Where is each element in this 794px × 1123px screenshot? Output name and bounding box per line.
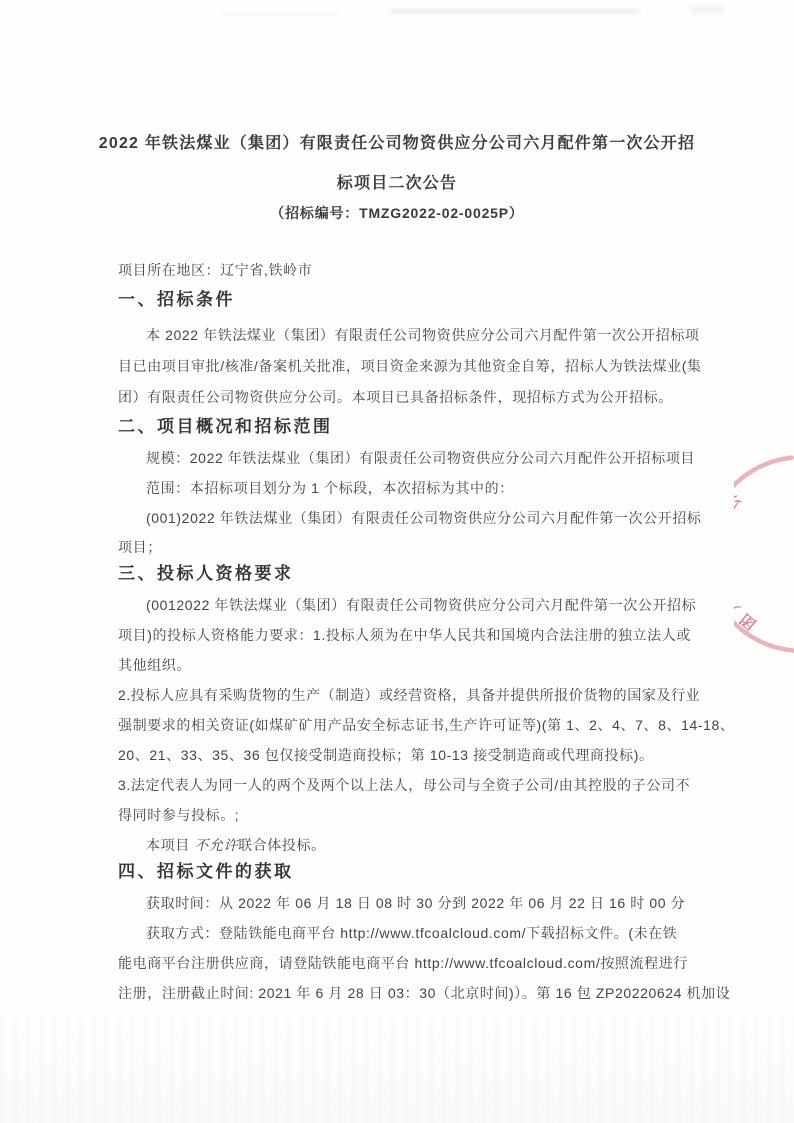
body-line: 3.法定代表人为同一人的两个及两个以上法人，母公司与全资子公司/由其控股的子公司… (118, 775, 690, 795)
body-line: 项目； (118, 537, 690, 557)
body-line: 强制要求的相关资证(如煤矿矿用产品安全标志证书,生产许可证等)(第 1、2、4、… (118, 715, 690, 735)
bid-number: （招标编号：TMZG2022-02-0025P） (60, 203, 734, 223)
body-line: 2.投标人应具有采购货物的生产（制造）或经营资格，具备并提供所报价货物的国家及行… (118, 685, 690, 705)
doc-title-line-1: 2022 年铁法煤业（集团）有限责任公司物资供应分公司六月配件第一次公开招 (60, 130, 734, 153)
section-1-heading: 一、招标条件 (118, 290, 690, 310)
project-location: 项目所在地区：辽宁省,铁岭市 (118, 260, 690, 280)
body-line: 规模：2022 年铁法煤业（集团）有限责任公司物资供应分公司六月配件公开招标项目 (118, 448, 718, 468)
body-line: 获取时间：从 2022 年 06 月 18 日 08 时 30 分到 2022 … (118, 893, 718, 913)
body-line: 获取方式：登陆铁能电商平台 http://www.tfcoalcloud.com… (118, 923, 718, 943)
body-line: 目已由项目审批/核准/备案机关批准，项目资金来源为其他资金自筹，招标人为铁法煤业… (118, 356, 690, 376)
body-line: 其他组织。 (118, 655, 690, 675)
seal-arc-text: 团）有限责任公 (734, 486, 760, 633)
scan-artifact (390, 9, 640, 14)
body-line: 范围：本招标项目划分为 1 个标段，本次招标为其中的： (118, 478, 718, 498)
company-seal-stamp: 团）有限责任公 (734, 430, 794, 678)
body-line: 注册，注册截止时间: 2021 年 6 月 28 日 03：30（北京时间)）。… (118, 983, 690, 1003)
body-line: 本 2022 年铁法煤业（集团）有限责任公司物资供应分公司六月配件第一次公开招标… (118, 325, 718, 345)
scan-artifact (0, 1013, 794, 1123)
section-4-heading: 四、招标文件的获取 (118, 862, 690, 882)
scanned-document-page: 2022 年铁法煤业（集团）有限责任公司物资供应分公司六月配件第一次公开招 标项… (0, 0, 794, 1123)
body-line: 20、21、33、35、36 包仅接受制造商投标；第 10-13 接受制造商或代… (118, 745, 690, 765)
no-consortium-prefix: 本项目 (146, 837, 194, 853)
no-consortium-suffix: 联合体投标。 (238, 837, 326, 853)
doc-title-line-2: 标项目二次公告 (60, 170, 734, 193)
scan-artifact (220, 12, 340, 15)
body-line: (0012022 年铁法煤业（集团）有限责任公司物资供应分公司六月配件第一次公开… (118, 595, 718, 615)
body-line: 得同时参与投标。; (118, 805, 690, 825)
body-line: 项目)的投标人资格能力要求：1.投标人须为在中华人民共和国境内合法注册的独立法人… (118, 625, 690, 645)
section-2-heading: 二、项目概况和招标范围 (118, 417, 690, 437)
no-consortium-emphasis: 不允许 (194, 837, 238, 853)
body-line: 团）有限责任公司物资供应分公司。本项目已具备招标条件，现招标方式为公开招标。 (118, 387, 690, 407)
body-line: (001)2022 年铁法煤业（集团）有限责任公司物资供应分公司六月配件第一次公… (118, 508, 718, 528)
no-consortium-line: 本项目 不允许联合体投标。 (118, 835, 718, 855)
section-3-heading: 三、投标人资格要求 (118, 564, 690, 584)
scan-artifact (690, 6, 724, 14)
body-line: 能电商平台注册供应商，请登陆铁能电商平台 http://www.tfcoalcl… (118, 953, 690, 973)
